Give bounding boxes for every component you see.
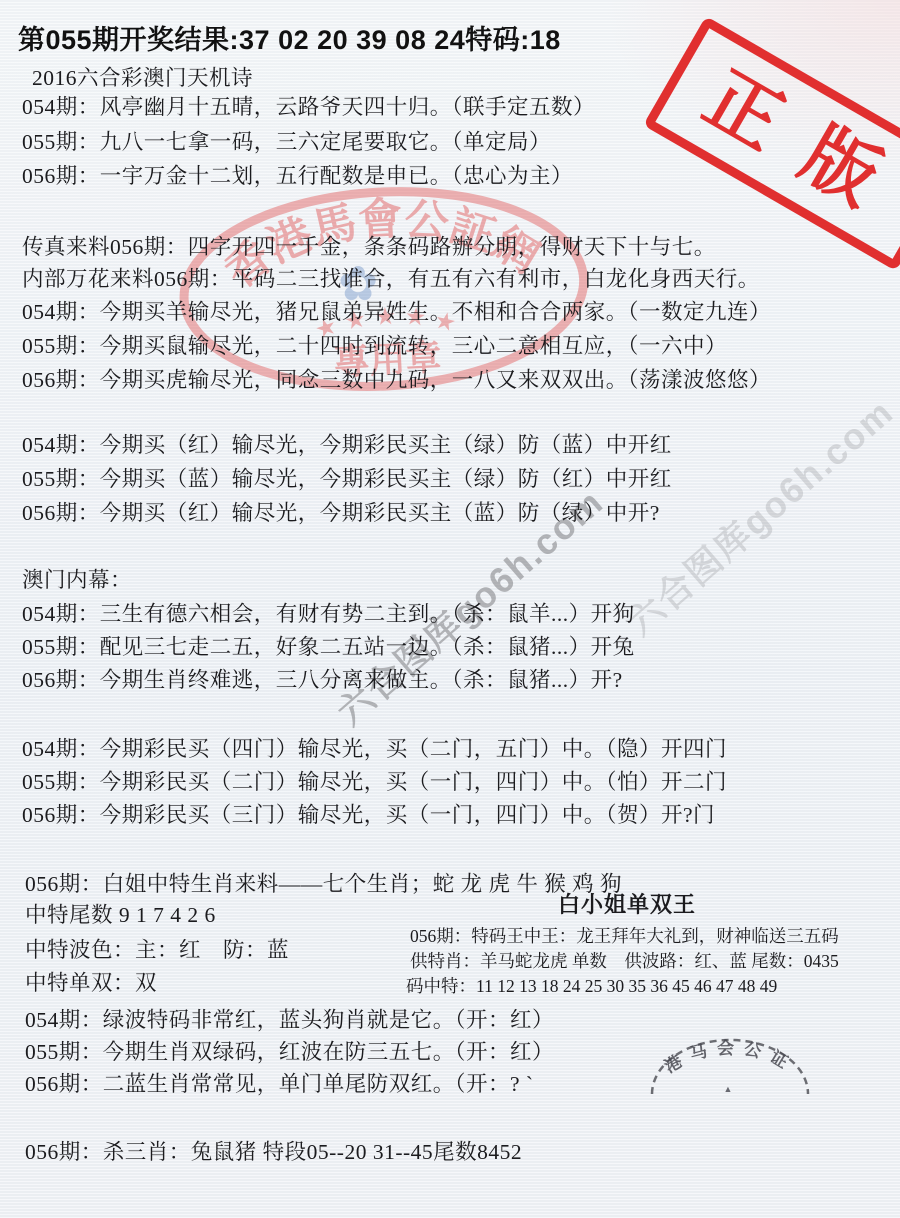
poem-line: 055期：九八一七拿一码，三六定尾要取它。（单定局）: [22, 130, 551, 155]
zhengban-stamp-label: 正版: [693, 60, 900, 236]
door-line: 056期：今期彩民买（三门）输尽光，买（一门，四门）中。（贺）开?门: [22, 803, 715, 828]
color-line: 055期：今期买（蓝）输尽光，今期彩民买主（绿）防（红）中开红: [22, 467, 672, 492]
poem-line: 056期：一宇万金十二划，五行配数是申已。（忠心为主）: [22, 164, 573, 189]
poem-line: 054期：风亭幽月十五晴，云路爷天四十归。（联手定五数）: [22, 95, 595, 120]
wave-color-line: 中特波色：主：红 防：蓝: [25, 938, 289, 963]
wave-tip-line: 054期：绿波特码非常红，蓝头狗肖就是它。（开：红）: [25, 1008, 554, 1033]
bottom-partial-seal: 港马会公证 ▲: [648, 1038, 812, 1096]
white-lady-title: 白小姐单双王: [558, 893, 696, 917]
macau-heading: 澳门内幕：: [22, 568, 132, 593]
color-line: 056期：今期买（红）输尽光，今期彩民买主（蓝）防（绿）中开?: [22, 501, 660, 526]
buy-line: 056期：今期买虎输尽光，同念三数中九码，一八又来双双出。（荡漾波悠悠）: [22, 368, 771, 393]
bottom-seal-arc-text: 港马会公证: [661, 1038, 798, 1077]
poem-heading: 2016六合彩澳门天机诗: [32, 66, 253, 91]
white-lady-line: 056期：特码王中王：龙王拜年大礼到，财神临送三五码: [410, 926, 839, 946]
macau-line: 055期：配见三七走二五，好象二五站一边。（杀：鼠猪...）开兔: [22, 635, 635, 660]
macau-line: 056期：今期生肖终难逃，三八分离来做主。（杀：鼠猪...）开?: [22, 668, 623, 693]
wave-tip-line: 056期：二蓝生肖常常见，单门单尾防双红。（开：? `: [25, 1072, 534, 1097]
result-title: 第055期开奖结果:37 02 20 39 08 24特码:18: [18, 26, 561, 56]
macau-line: 054期：三生有德六相会，有财有势二主到。（杀：鼠羊...）开狗: [22, 602, 635, 627]
svg-text:港马会公证: 港马会公证: [661, 1038, 798, 1077]
buy-line: 055期：今期买鼠输尽光，二十四时到流转，三心二意相互应，（一六中）: [22, 334, 727, 359]
zodiac-line: 056期：白姐中特生肖来料——七个生肖；蛇 龙 虎 牛 猴 鸡 狗: [25, 872, 622, 897]
white-lady-line: 码中特：11 12 13 18 24 25 30 35 36 45 46 47 …: [406, 976, 777, 996]
door-line: 055期：今期彩民买（二门）输尽光，买（一门，四门）中。（怕）开二门: [22, 770, 727, 795]
parity-line: 中特单双：双: [25, 971, 157, 996]
bottom-seal-mark: ▲: [724, 1084, 733, 1094]
white-lady-line: 供特肖：羊马蛇龙虎 单数 供波路：红、蓝 尾数：0435: [410, 951, 839, 971]
fax-line: 内部万花来料056期：平码二三找谁合，有五有六有利市，白龙化身西天行。: [22, 267, 760, 292]
wave-tip-line: 055期：今期生肖双绿码，红波在防三五七。（开：红）: [25, 1040, 554, 1065]
zhengban-stamp: 正版: [643, 16, 900, 271]
tail-number-line: 中特尾数 9 1 7 4 2 6: [25, 903, 216, 928]
kill-three-line: 056期：杀三肖：兔鼠猪 特段05--20 31--45尾数8452: [25, 1140, 522, 1165]
fax-line: 传真来料056期：四字开四一千金，条条码路辦分明，得财天下十与七。: [22, 235, 716, 260]
color-line: 054期：今期买（红）输尽光，今期彩民买主（绿）防（蓝）中开红: [22, 433, 672, 458]
buy-line: 054期：今期买羊输尽光，猪兄鼠弟异姓生。不相和合合两家。（一数定九连）: [22, 300, 771, 325]
door-line: 054期：今期彩民买（四门）输尽光，买（二门，五门）中。（隐）开四门: [22, 737, 727, 762]
